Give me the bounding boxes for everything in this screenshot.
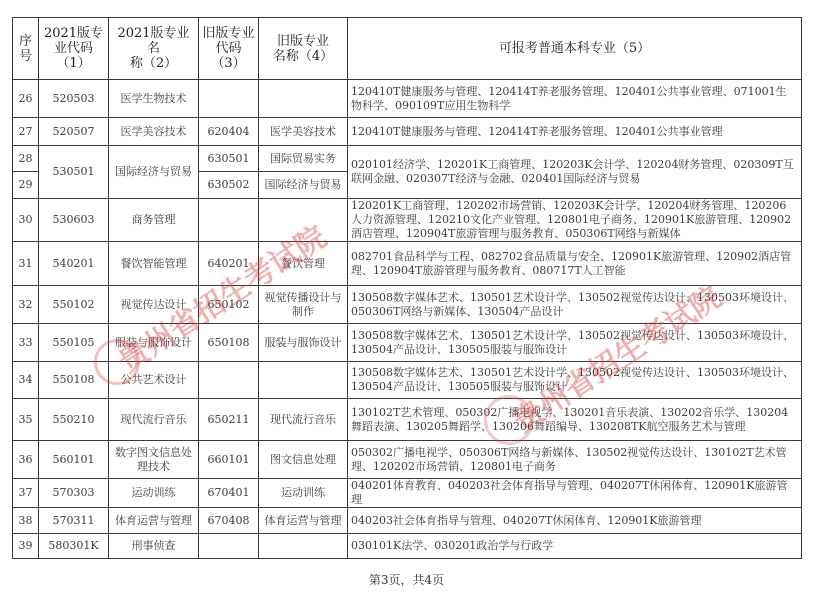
cell-serial-no: 38 (13, 508, 39, 534)
table-header-row: 序 号 2021版专 业代码 （1） 2021版专业名 称（2） 旧版专业 代码… (13, 18, 802, 80)
cell-eligible-majors: 130508数字媒体艺术、130501艺术设计学、130502视觉传达设计、13… (348, 362, 802, 399)
cell-serial-no: 30 (13, 199, 39, 242)
cell-old-code: 650211 (199, 399, 259, 441)
cell-name-2021: 商务管理 (109, 199, 199, 242)
major-mapping-table: 序 号 2021版专 业代码 （1） 2021版专业名 称（2） 旧版专业 代码… (12, 17, 802, 559)
cell-old-name: 运动训练 (259, 479, 348, 508)
cell-code-2021: 550105 (39, 324, 109, 362)
cell-old-code: 630502 (199, 172, 259, 199)
cell-old-name: 图文信息处理 (259, 441, 348, 479)
table-row: 35 550210 现代流行音乐 650211 现代流行音乐 130102T艺术… (13, 399, 802, 441)
cell-serial-no: 34 (13, 362, 39, 399)
cell-old-code: 640201 (199, 242, 259, 286)
table-row: 32 550102 视觉传达设计 650102 视觉传播设计与制作 130508… (13, 286, 802, 324)
table-row: 37 570303 运动训练 670401 运动训练 040201体育教育、04… (13, 479, 802, 508)
cell-name-2021: 餐饮智能管理 (109, 242, 199, 286)
cell-code-2021: 550102 (39, 286, 109, 324)
cell-eligible-majors: 130508数字媒体艺术、130501艺术设计学、130502视觉传达设计、13… (348, 286, 802, 324)
cell-name-2021: 运动训练 (109, 479, 199, 508)
cell-eligible-majors: 050302广播电视学、050306T网络与新媒体、130502视觉传达设计、1… (348, 441, 802, 479)
cell-old-code: 650102 (199, 286, 259, 324)
cell-eligible-majors: 040201体育教育、040203社会体育指导与管理、040207T休闲体育、1… (348, 479, 802, 508)
cell-code-2021: 570311 (39, 508, 109, 534)
header-name-2021-text: 2021版专业名 称（2） (117, 26, 189, 71)
cell-name-2021: 刑事侦查 (109, 534, 199, 559)
cell-old-name: 现代流行音乐 (259, 399, 348, 441)
table-row: 39 580301K 刑事侦查 030101K法学、030201政治学与行政学 (13, 534, 802, 559)
cell-code-2021: 570303 (39, 479, 109, 508)
cell-eligible-majors: 030101K法学、030201政治学与行政学 (348, 534, 802, 559)
cell-serial-no: 33 (13, 324, 39, 362)
cell-name-2021: 国际经济与贸易 (109, 146, 199, 199)
table-row: 31 540201 餐饮智能管理 640201 餐饮管理 082701食品科学与… (13, 242, 802, 286)
cell-name-2021: 现代流行音乐 (109, 399, 199, 441)
cell-eligible-majors: 020101经济学、120201K工商管理、120203K会计学、120204财… (348, 146, 802, 199)
cell-name-2021: 医学生物技术 (109, 80, 199, 118)
cell-serial-no: 31 (13, 242, 39, 286)
cell-old-name (259, 362, 348, 399)
cell-serial-no: 29 (13, 172, 39, 199)
cell-old-code (199, 199, 259, 242)
cell-old-code (199, 362, 259, 399)
cell-old-code: 670401 (199, 479, 259, 508)
cell-name-2021: 体育运营与管理 (109, 508, 199, 534)
cell-code-2021: 530501 (39, 146, 109, 199)
cell-old-code (199, 80, 259, 118)
cell-name-2021: 公共艺术设计 (109, 362, 199, 399)
cell-old-code: 630501 (199, 146, 259, 172)
cell-serial-no: 37 (13, 479, 39, 508)
table-row: 33 550105 服装与服饰设计 650108 服装与服饰设计 130508数… (13, 324, 802, 362)
cell-serial-no: 26 (13, 80, 39, 118)
cell-serial-no: 28 (13, 146, 39, 172)
cell-old-name: 视觉传播设计与制作 (259, 286, 348, 324)
header-code-2021-text: 2021版专 业代码 （1） (44, 26, 103, 71)
cell-name-2021: 医学美容技术 (109, 118, 199, 146)
cell-old-name: 体育运营与管理 (259, 508, 348, 534)
cell-eligible-majors: 082701食品科学与工程、082702食品质量与安全、120901K旅游管理、… (348, 242, 802, 286)
cell-old-code: 620404 (199, 118, 259, 146)
header-code-2021: 2021版专 业代码 （1） (39, 18, 109, 80)
table-row: 38 570311 体育运营与管理 670408 体育运营与管理 040203社… (13, 508, 802, 534)
cell-old-name (259, 80, 348, 118)
cell-serial-no: 27 (13, 118, 39, 146)
header-eligible-majors-text: 可报考普通本科专业（5） (499, 41, 650, 56)
cell-code-2021: 550210 (39, 399, 109, 441)
cell-old-name: 服装与服饰设计 (259, 324, 348, 362)
cell-serial-no: 39 (13, 534, 39, 559)
table-row: 28 530501 国际经济与贸易 630501 国际贸易实务 020101经济… (13, 146, 802, 172)
cell-eligible-majors: 040203社会体育指导与管理、040207T休闲体育、120901K旅游管理 (348, 508, 802, 534)
cell-eligible-majors: 130508数字媒体艺术、130501艺术设计学、130502视觉传达设计、13… (348, 324, 802, 362)
cell-name-2021: 视觉传达设计 (109, 286, 199, 324)
cell-old-name (259, 534, 348, 559)
document-page: 序 号 2021版专 业代码 （1） 2021版专业名 称（2） 旧版专业 代码… (0, 0, 813, 596)
header-old-code: 旧版专业 代码 （3） (199, 18, 259, 80)
cell-code-2021: 550108 (39, 362, 109, 399)
header-old-name-text: 旧版专业 名称（4） (273, 34, 333, 64)
cell-code-2021: 540201 (39, 242, 109, 286)
table-row: 27 520507 医学美容技术 620404 医学美容技术 120410T健康… (13, 118, 802, 146)
cell-serial-no: 32 (13, 286, 39, 324)
cell-serial-no: 35 (13, 399, 39, 441)
table-row: 30 530603 商务管理 120201K工商管理、120202市场营销、12… (13, 199, 802, 242)
cell-old-name (259, 199, 348, 242)
header-old-code-text: 旧版专业 代码 （3） (202, 26, 254, 71)
table-row: 26 520503 医学生物技术 120410T健康服务与管理、120414T养… (13, 80, 802, 118)
cell-old-name: 国际经济与贸易 (259, 172, 348, 199)
cell-name-2021: 服装与服饰设计 (109, 324, 199, 362)
header-old-name: 旧版专业 名称（4） (259, 18, 348, 80)
cell-code-2021: 520503 (39, 80, 109, 118)
cell-old-name: 餐饮管理 (259, 242, 348, 286)
table-row: 34 550108 公共艺术设计 130508数字媒体艺术、130501艺术设计… (13, 362, 802, 399)
header-serial-no: 序 号 (13, 18, 39, 80)
cell-name-2021: 数字图文信息处理技术 (109, 441, 199, 479)
page-number: 第3页，共4页 (0, 571, 813, 588)
cell-old-code: 660101 (199, 441, 259, 479)
cell-code-2021: 520507 (39, 118, 109, 146)
cell-old-name: 医学美容技术 (259, 118, 348, 146)
cell-old-code (199, 534, 259, 559)
cell-old-name: 国际贸易实务 (259, 146, 348, 172)
cell-serial-no: 36 (13, 441, 39, 479)
cell-eligible-majors: 120410T健康服务与管理、120414T养老服务管理、120401公共事业管… (348, 80, 802, 118)
cell-code-2021: 580301K (39, 534, 109, 559)
header-eligible-majors: 可报考普通本科专业（5） (348, 18, 802, 80)
header-name-2021: 2021版专业名 称（2） (109, 18, 199, 80)
cell-eligible-majors: 120410T健康服务与管理、120414T养老服务管理、120401公共事业管… (348, 118, 802, 146)
cell-code-2021: 560101 (39, 441, 109, 479)
cell-old-code: 670408 (199, 508, 259, 534)
cell-old-code: 650108 (199, 324, 259, 362)
cell-eligible-majors: 130102T艺术管理、050302广播电视学、130201音乐表演、13020… (348, 399, 802, 441)
cell-code-2021: 530603 (39, 199, 109, 242)
table-row: 36 560101 数字图文信息处理技术 660101 图文信息处理 05030… (13, 441, 802, 479)
header-serial-no-text: 序 号 (19, 34, 32, 64)
cell-eligible-majors: 120201K工商管理、120202市场营销、120203K会计学、120204… (348, 199, 802, 242)
